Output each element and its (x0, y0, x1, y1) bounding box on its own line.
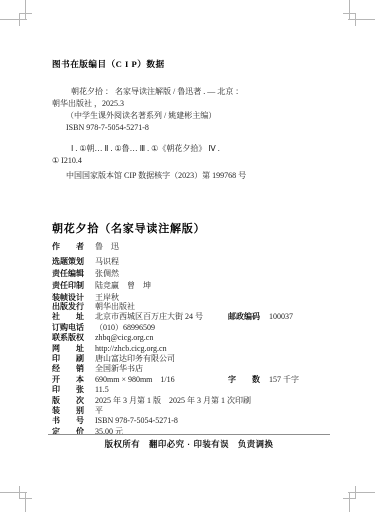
credit-row: 责任编辑张倜然 (52, 266, 151, 278)
credit-row: 责任印制陆竞赢 曾 坤 (52, 278, 151, 290)
crop-mark-top-left (0, 0, 32, 32)
credit-value: 陆竞赢 曾 坤 (95, 281, 151, 290)
divider-line (48, 434, 330, 435)
crop-mark-bottom-right (343, 480, 375, 512)
author-label: 作 者 (52, 241, 84, 253)
cip-isbn-line: ISBN 978-7-5054-5271-8 (52, 122, 332, 134)
crop-mark-bottom-left (0, 480, 32, 512)
book-title: 朝花夕拾（名家导读注解版） (52, 220, 205, 236)
cip-classification-line: Ⅰ . ①朝… Ⅱ . ①鲁… Ⅲ . ①《朝花夕拾》 Ⅳ . (52, 143, 332, 155)
publishing-row: 开 本690mm × 980mm 1/16字 数157 千字 (52, 373, 352, 383)
credit-value: 张倜然 (95, 269, 119, 278)
author-row: 作 者鲁 迅 (52, 239, 119, 253)
copyright-page: { "cip": { "heading": "图书在版编目（C I P）数据",… (0, 0, 375, 512)
publishing-row: 社 址北京市西城区百万庄大街 24 号邮政编码100037 (52, 310, 352, 320)
credits-block: 选题策划马识程 责任编辑张倜然 责任印制陆竞赢 曾 坤 装帧设计王岸秋 (52, 254, 151, 302)
publishing-row: 印 刷唐山富达印务有限公司 (52, 352, 352, 362)
publishing-label: 定 价 (52, 427, 84, 437)
publishing-row: 出版发行朝华出版社 (52, 300, 352, 310)
cip-registration-number: 中国国家版本馆 CIP 数据核字（2023）第 199768 号 (52, 170, 332, 182)
publishing-row: 版 次2025 年 3 月第 1 版 2025 年 3 月第 1 次印刷 (52, 394, 352, 404)
cip-series-line: （中学生课外阅读名著系列 / 姚建彬主编） (52, 110, 332, 122)
publishing-row: 网 址http://zhcb.cicg.org.cn (52, 342, 352, 352)
publishing-row: 装 别平 (52, 404, 352, 414)
cip-line: 朝花夕拾 ： 名家导读注解版 / 鲁迅著 . — 北京 ： (52, 86, 332, 98)
cip-line: 朝华出版社 ，2025.3 (52, 98, 332, 110)
publishing-row: 经 销全国新华书店 (52, 362, 352, 372)
cip-block: 朝花夕拾 ： 名家导读注解版 / 鲁迅著 . — 北京 ： 朝华出版社 ，202… (52, 86, 332, 182)
crop-mark-top-right (343, 0, 375, 32)
credit-row: 选题策划马识程 (52, 254, 151, 266)
author-name: 鲁 迅 (95, 242, 119, 251)
credit-value: 马识程 (95, 257, 119, 266)
cip-heading: 图书在版编目（C I P）数据 (52, 58, 165, 70)
copyright-notice: 版权所有 翻印必究 · 印装有误 负责调换 (48, 438, 330, 450)
publishing-block: 出版发行朝华出版社 社 址北京市西城区百万庄大街 24 号邮政编码100037 … (52, 300, 352, 435)
publishing-row: 印 张11.5 (52, 383, 352, 393)
publishing-row: 联系版权zhbq@cicg.org.cn (52, 331, 352, 341)
publishing-row: 书 号ISBN 978-7-5054-5271-8 (52, 414, 352, 424)
publishing-row: 订购电话（010）68996509 (52, 321, 352, 331)
cip-classification-code: ① I210.4 (52, 155, 332, 167)
